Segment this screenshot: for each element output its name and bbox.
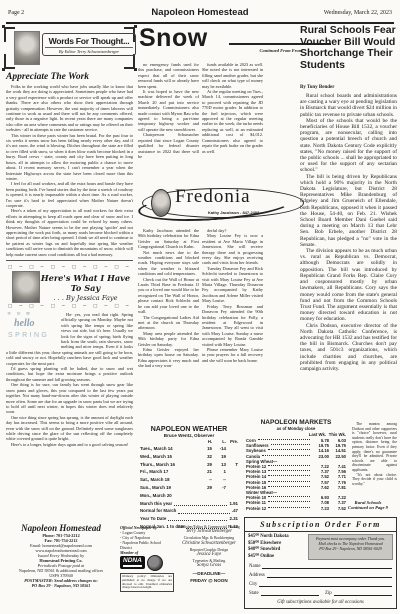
article-paragraph: One thing is for sure, our family has we… — [6, 382, 133, 414]
article-paragraph: Friday Terry Bossman and Donavon Fey att… — [202, 304, 263, 347]
city-blank-line — [259, 585, 392, 587]
bracket-nub — [134, 25, 137, 28]
bracket-ornament — [124, 54, 135, 69]
article-paragraph: no emergency funds used for this purchas… — [138, 62, 199, 89]
price-option: $45⁰⁰ North Dakota — [248, 534, 306, 541]
decorative-border-top: □ ~ □ ~ □ ~ □ ~ □ ~ □ ~ □ ~ □ — [8, 265, 131, 270]
article-paragraph: Here's a token of my appreciation to all… — [6, 208, 133, 257]
ndna-logo: NDNA — [120, 556, 145, 569]
staff-name: Christine Schwartzenberger — [178, 541, 240, 546]
article-paragraph: Edna Geisler enjoyed her birthday open h… — [138, 347, 199, 369]
columnist-photo — [12, 271, 40, 303]
article-paragraph: It was hoped to have the new machine del… — [138, 89, 199, 132]
snow-headline: Snow — [139, 24, 208, 53]
name-field: Name — [249, 564, 392, 569]
article-paragraph: "It's not about choice. They decide if y… — [352, 473, 397, 487]
article-title: Appreciate The Work — [6, 72, 133, 82]
article-paragraph: Chris Dodson, executive director of the … — [300, 323, 397, 373]
address-blank-line — [267, 576, 392, 578]
rural-schools-body: Rural school boards and administrations … — [300, 93, 397, 372]
article-paragraph: Kathy Jacobson attended the 90th birthda… — [138, 228, 199, 250]
decorative-border-bottom: □ ~ □ ~ □ ~ □ ~ □ ~ □ ~ □ ~ □ — [8, 304, 131, 309]
column-byline: By Editor Terry Schwartzenberger — [45, 47, 133, 54]
article-paragraph: One nice thing since spring has sprung, … — [6, 415, 133, 442]
hello-spring-graphic: ❅ ❆ ✽ hello SPRING — [6, 312, 58, 346]
state-zip-fields: State Zip — [249, 591, 392, 596]
payment-note-box: Payment must accompany order. Thank you.… — [308, 534, 393, 560]
article-paragraph: The bill is being driven by Republicans … — [300, 174, 397, 248]
weather-table: NAPOLEON WEATHER Bruce Wentz, Observer H… — [140, 426, 238, 531]
section-divider — [6, 260, 133, 261]
fredonia-contact: Kathy Jacobson - 847-2408 — [208, 210, 259, 215]
column-title: Words For Thought... — [45, 36, 133, 46]
markets-column-headers: Last Wk. This Wk. — [246, 432, 346, 437]
column-body: ❅ ❆ ✽ hello SPRING Ha- yes, you read tha… — [6, 312, 133, 447]
weather-column-headers: H. L. Pre. — [140, 439, 238, 444]
article-paragraph: Most of the schools that would be the be… — [300, 118, 397, 174]
fredonia-column-2: derful day? Mary Louise Fey is now a res… — [202, 228, 263, 363]
masthead-official-block: Official Newspaper of: - Logan County - … — [120, 525, 174, 592]
bracket-nub — [134, 68, 137, 71]
city-field: City — [249, 582, 392, 587]
issue-date: Wednesday, March 22, 2023 — [324, 10, 392, 16]
state-blank-line — [261, 594, 319, 596]
article-paragraph: Mary Louise Fey is now a resident at Ave… — [202, 233, 263, 265]
article-paragraph: The Congregational Ladies Aid met at the… — [138, 315, 199, 331]
staff-name: Terry Schwartzenberger — [178, 529, 240, 534]
name-blank-line — [262, 567, 392, 569]
article-paragraph: I feel for all road workers, and all the… — [6, 181, 133, 208]
article-paragraph: At the regular meeting on Tues., March 1… — [202, 89, 263, 154]
column-title: Here's What I Have To Say — [40, 273, 131, 293]
obituary-policy-box: Obituary policy: Obituaries are publishe… — [120, 573, 174, 592]
weather-row: Sat., March 18---- — [140, 476, 238, 484]
column-byline: . . . By Jessica Faye — [40, 294, 131, 302]
price-option: $45⁰⁰ Online — [248, 554, 306, 561]
subscription-form: Subscription Order Form $45⁰⁰ North Dako… — [244, 517, 397, 609]
snow-column-1: no emergency funds used for this purchas… — [138, 62, 199, 159]
deadline-value: FRIDAY @ NOON — [178, 578, 240, 583]
left-column: Words For Thought... By Editor Terry Sch… — [6, 27, 133, 447]
article-paragraph: Please remember Mary Louise in your pray… — [202, 347, 263, 363]
fredonia-logo: Fredonia Kathy Jacobson - 847-2408 — [142, 185, 306, 221]
markets-title: NAPOLEON MARKETS — [246, 419, 346, 426]
masthead-contact-block: Napoleon Homestead Phone: 701-754-2212 F… — [6, 523, 116, 588]
weather-row: Sun., March 1929-7 — [140, 484, 238, 492]
continued-on-page-tag: Rural Schools Continued on Page 9 — [338, 500, 398, 511]
snowflake-icons: ❅ ❆ ✽ — [7, 312, 32, 317]
weather-summary-row: March this year1.91 — [140, 500, 238, 508]
article-paragraph: funds available in 2023 as well. She not… — [202, 62, 263, 89]
staff-name: Jessica Faye — [178, 552, 240, 557]
snow-column-2: funds available in 2023 as well. She not… — [202, 62, 263, 154]
address-field: Address — [249, 573, 392, 578]
article-paragraph: I'd guess spring planting will be halted… — [6, 366, 133, 382]
fredonia-column-1: Kathy Jacobson attended the 90th birthda… — [138, 228, 199, 369]
article-paragraph: Folks in the working world who have jobs… — [6, 84, 133, 133]
rural-schools-byline: By Tony Bender — [300, 85, 334, 90]
article-paragraph: Rural school boards and administrations … — [300, 93, 397, 118]
rural-schools-body-tail: The mantra among Dodson and other suppor… — [352, 422, 397, 486]
weather-row: Thurs., March 162913T — [140, 461, 238, 469]
newspaper-page: Page 2 Napoleon Homestead Wednesday, Mar… — [0, 0, 400, 614]
correspondent-photo — [151, 189, 171, 217]
words-for-thought-box: Words For Thought... By Editor Terry Sch… — [6, 27, 133, 69]
page-header: Page 2 Napoleon Homestead Wednesday, Mar… — [6, 5, 394, 24]
bracket-nub — [2, 25, 5, 28]
gift-note: Gift subscriptions available for all occ… — [245, 600, 396, 605]
markets-table: NAPOLEON MARKETS as of Monday close Last… — [246, 419, 346, 511]
weather-row: Wed., March 153219 — [140, 453, 238, 461]
bracket-nub — [2, 68, 5, 71]
masthead-line: PO Box 29 - Napoleon, ND 58561 — [6, 583, 116, 588]
weather-observer: Bruce Wentz, Observer — [140, 433, 238, 438]
weather-row: Fri., March 17211 — [140, 468, 238, 476]
article-paragraph: Not much news due to the weather conditi… — [138, 250, 199, 277]
price-option: $48⁰⁰ Snowbird — [248, 547, 306, 554]
article-paragraph: Check out the Wall of Honor at Lautts Th… — [138, 277, 199, 315]
editor-photo — [14, 31, 40, 65]
masthead-staff-block: Publisher/Editor & Commercial Printing T… — [178, 525, 240, 583]
article-body: Folks in the working world who have jobs… — [6, 84, 133, 257]
weather-title: NAPOLEON WEATHER — [140, 426, 238, 433]
article-paragraph: The mantra among Dodson and other suppor… — [352, 422, 397, 473]
staff-name: Sonya Gross — [178, 563, 240, 568]
masthead-box: Napoleon Homestead Phone: 701-754-2212 F… — [6, 521, 240, 611]
masthead-paper-name: Napoleon Homestead — [6, 523, 116, 533]
subscription-title: Subscription Order Form — [245, 518, 396, 532]
subscription-prices: $45⁰⁰ North Dakota $50⁰⁰ Elsewhere $48⁰⁰… — [248, 534, 306, 560]
weather-row: Mon., March 20 — [140, 492, 238, 500]
deadline-label: —DEADLINE— — [178, 571, 240, 576]
article-paragraph: Tuesday Donavon Fey and Rick Schlecht tr… — [202, 266, 263, 304]
spring-text: SPRING — [8, 332, 49, 339]
official-item: - Napoleon Public School District — [120, 540, 174, 550]
weather-summary-row: Normal for March.47 — [140, 507, 238, 515]
article-paragraph: Many area people attended the 90th birth… — [138, 331, 199, 347]
article-paragraph: This winter in these parts winter has be… — [6, 133, 133, 182]
markets-subtitle: as of Monday close — [246, 426, 346, 431]
article-paragraph: The division appears to be as much urban… — [300, 248, 397, 322]
article-paragraph: Here's to a longer, brighter days again … — [6, 442, 133, 447]
column-masthead: Words For Thought... By Editor Terry Sch… — [42, 33, 136, 56]
article-paragraph: Chairperson Schumacher reported that sin… — [138, 132, 199, 159]
zip-blank-line — [334, 594, 392, 596]
hello-text: hello — [14, 318, 35, 329]
fredonia-title: Fredonia — [175, 186, 251, 208]
heres-what-box: □ ~ □ ~ □ ~ □ ~ □ ~ □ ~ □ ~ □ Here's Wha… — [6, 264, 133, 310]
weather-row: Tues., March 1415-14 — [140, 445, 238, 453]
market-row: Protein 127.237.52 — [246, 506, 346, 511]
rural-schools-headline: Rural Schools Fear Voucher Bill Would Sh… — [300, 25, 397, 71]
association-seal-logo — [147, 555, 163, 571]
